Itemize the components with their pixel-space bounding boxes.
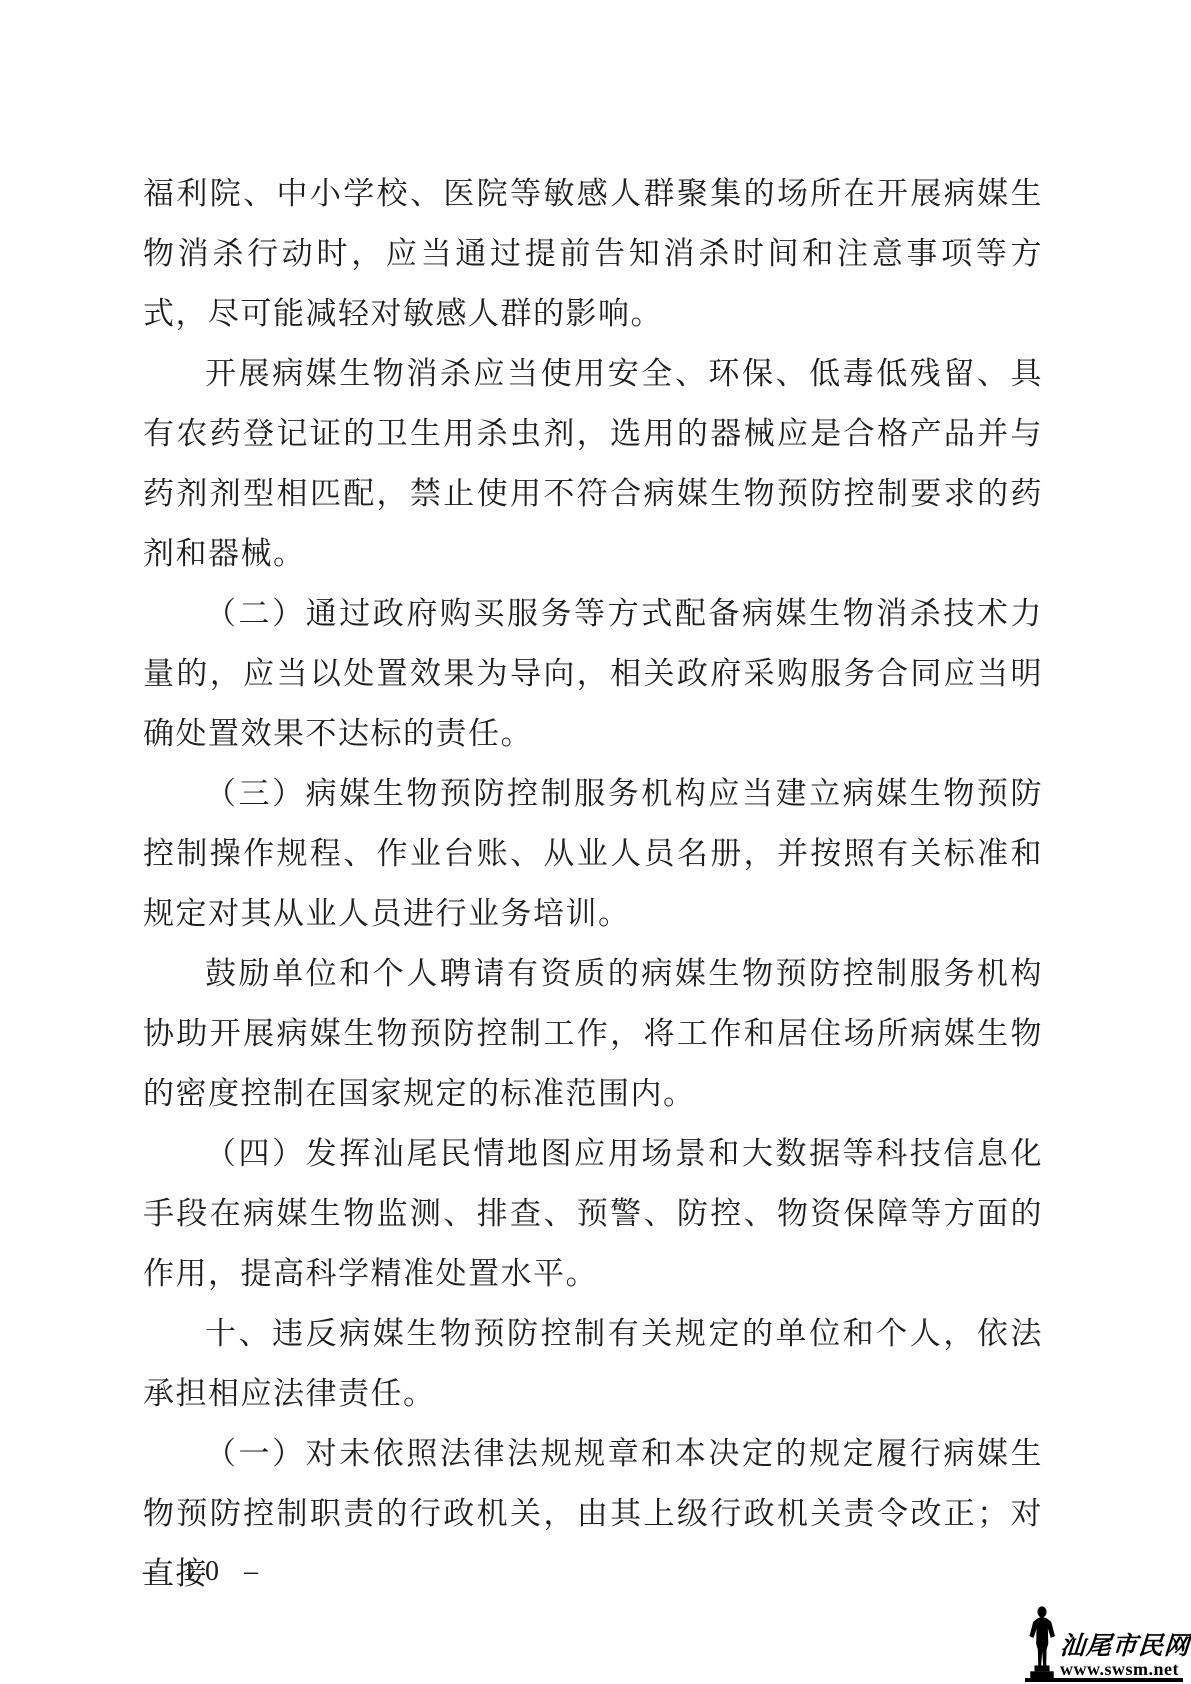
person-statue-icon bbox=[1025, 1606, 1059, 1678]
watermark-site-url: www.swsm.net bbox=[1060, 1660, 1183, 1678]
paragraph: （三）病媒生物预防控制服务机构应当建立病媒生物预防控制操作规程、作业台账、从业人… bbox=[143, 764, 1043, 944]
watermark-site-name: 汕尾市民网 bbox=[1059, 1634, 1184, 1660]
paragraph: 开展病媒生物消杀应当使用安全、环保、低毒低残留、具有农药登记证的卫生用杀虫剂，选… bbox=[143, 344, 1043, 584]
site-watermark: 汕尾市民网 www.swsm.net bbox=[1025, 1606, 1183, 1682]
paragraph: （一）对未依照法律法规规章和本决定的规定履行病媒生物预防控制职责的行政机关，由其… bbox=[143, 1424, 1043, 1604]
paragraph: 鼓励单位和个人聘请有资质的病媒生物预防控制服务机构协助开展病媒生物预防控制工作，… bbox=[143, 944, 1043, 1124]
paragraph: （二）通过政府购买服务等方式配备病媒生物消杀技术力量的，应当以处置效果为导向，相… bbox=[143, 584, 1043, 764]
paragraph: 十、违反病媒生物预防控制有关规定的单位和个人，依法承担相应法律责任。 bbox=[143, 1304, 1043, 1424]
watermark-text: 汕尾市民网 www.swsm.net bbox=[1060, 1634, 1183, 1678]
document-page: 福利院、中小学校、医院等敏感人群聚集的场所在开展病媒生物消杀行动时，应当通过提前… bbox=[0, 0, 1191, 1684]
paragraph: （四）发挥汕尾民情地图应用场景和大数据等科技信息化手段在病媒生物监测、排查、预警… bbox=[143, 1124, 1043, 1304]
paragraph: 福利院、中小学校、医院等敏感人群聚集的场所在开展病媒生物消杀行动时，应当通过提前… bbox=[143, 164, 1043, 344]
page-number: – 10 – bbox=[143, 1556, 267, 1588]
document-body: 福利院、中小学校、医院等敏感人群聚集的场所在开展病媒生物消杀行动时，应当通过提前… bbox=[143, 164, 1043, 1604]
